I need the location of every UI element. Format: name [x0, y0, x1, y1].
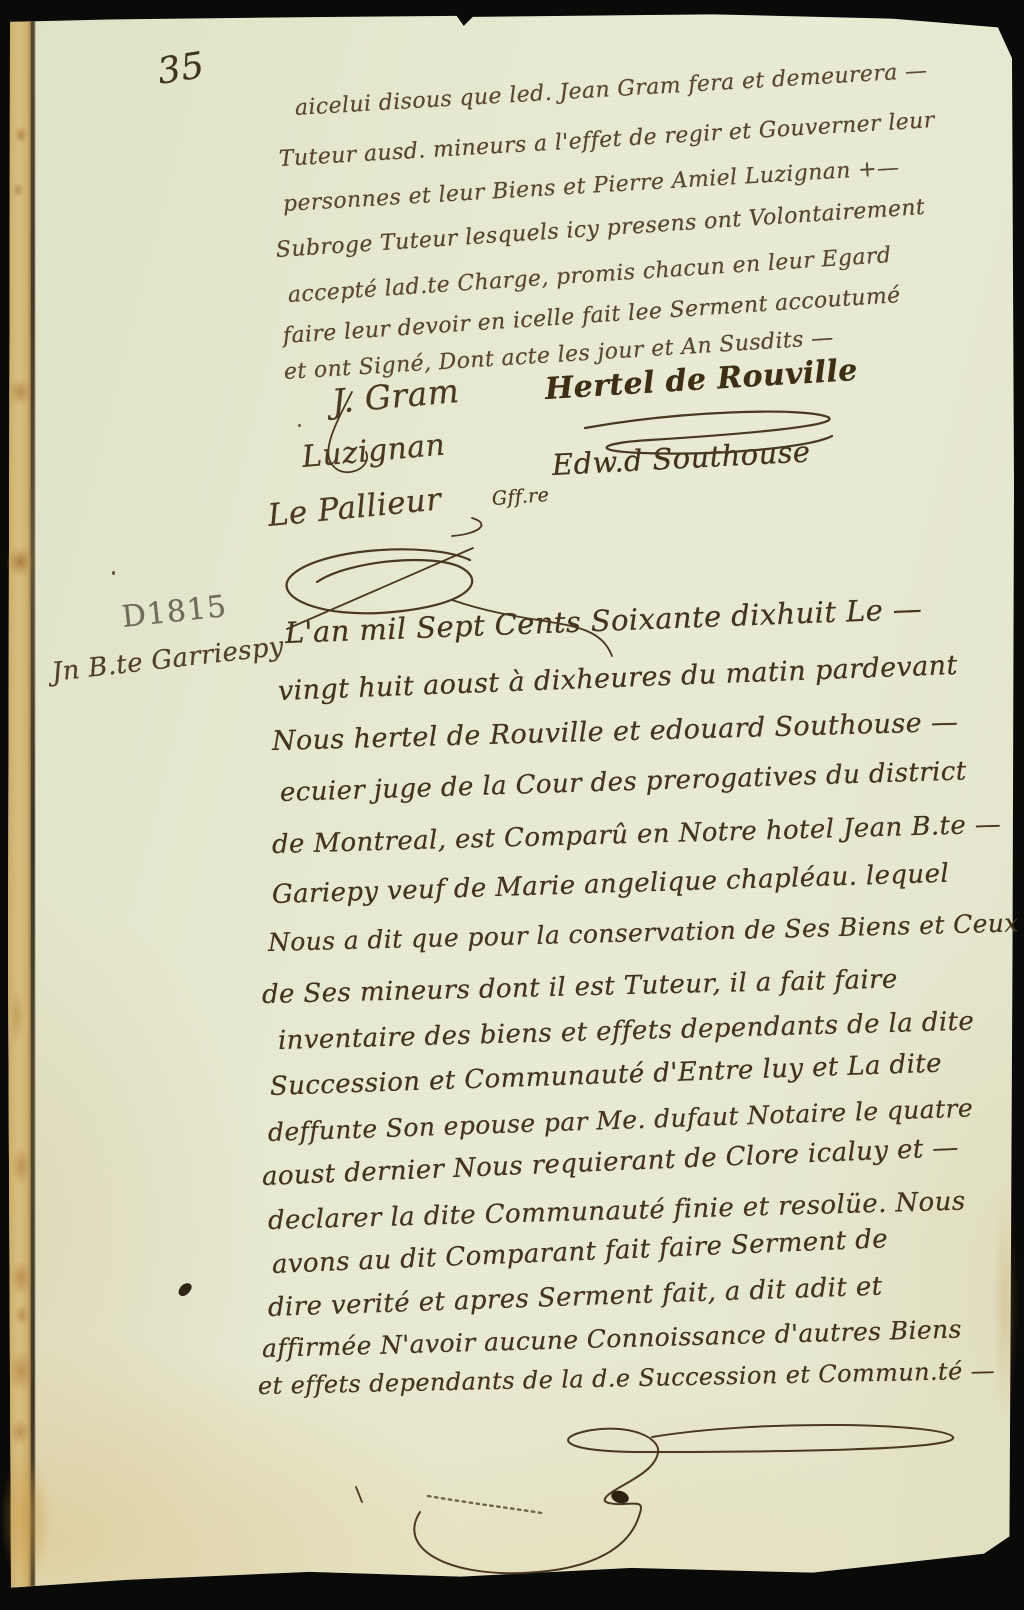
binding-crease	[31, 14, 35, 1590]
page-number: 35	[155, 45, 207, 93]
binding-edge	[8, 14, 32, 1590]
signature-lepallieur-title: Gff.re	[491, 484, 550, 510]
manuscript-scan: 35 aicelui disous que led. Jean Gram fer…	[0, 0, 1024, 1610]
